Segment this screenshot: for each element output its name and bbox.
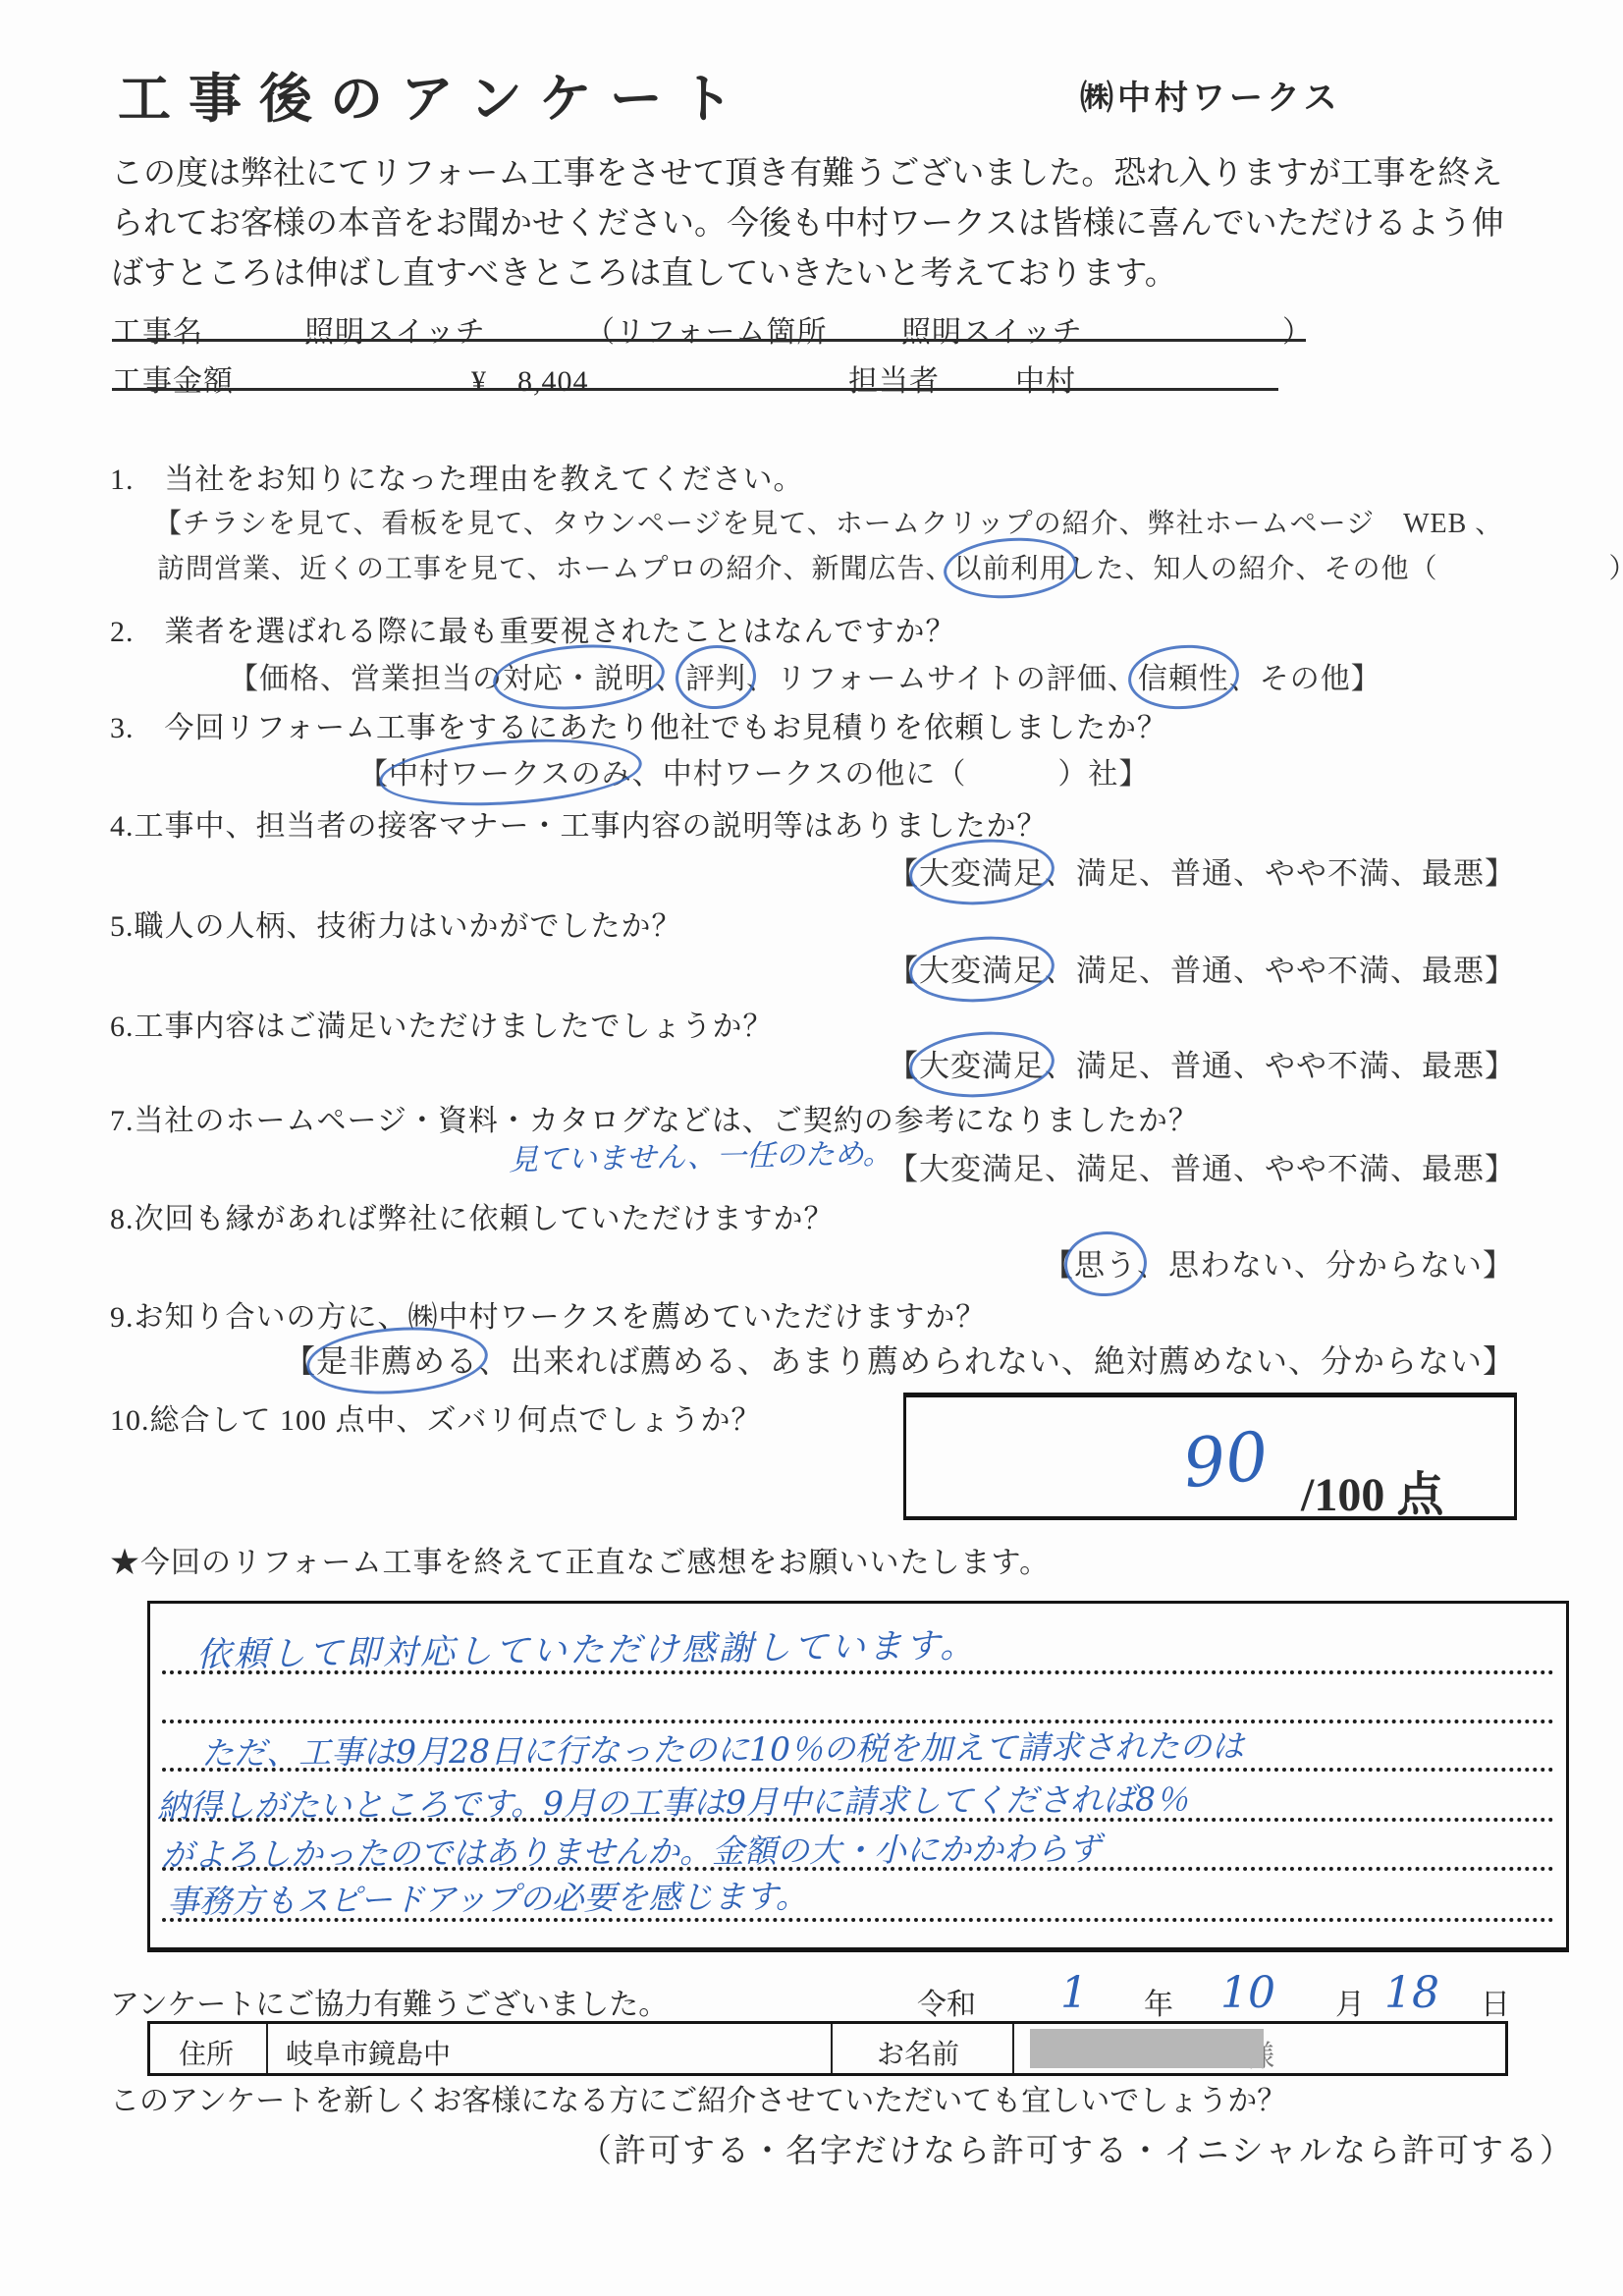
question-6-heading: 6.工事内容はご満足いただけましたでしょうか？ — [110, 1002, 774, 1045]
year-label: 年 — [1144, 1980, 1173, 2023]
options-text: 、満足、普通、やや不満、最悪】 — [1045, 1049, 1516, 1083]
question-10-heading: 10.総合して 100 点中、ズバリ何点でしょうか？ — [110, 1395, 762, 1439]
question-2-options: 【価格、営業担当の対応・説明、評判、リフォームサイトの評価、信頼性、その他】 — [229, 654, 1381, 697]
question-6-options: 【大変満足、満足、普通、やや不満、最悪】 — [888, 1041, 1516, 1085]
circled-answer-will-ask-again: 思う — [1074, 1240, 1137, 1285]
comment-line-2: ただ、工事は9月28日に行なったのに10％の税を加えて請求されたのは — [201, 1721, 1244, 1774]
circled-answer-very-satisfied: 大変満足 — [919, 946, 1045, 990]
options-text: 訪問営業、近くの工事を見て、ホームプロの紹介、新聞広告、 — [157, 554, 953, 584]
feedback-prompt: ★今回のリフォーム工事を終えて正直なご感想をお願いいたします。 — [110, 1538, 1050, 1581]
amount-value: ¥ 8,404 — [471, 356, 589, 400]
question-1-options-line-1: 【チラシを見て、看板を見て、タウンページを見て、ホームクリップの紹介、弊社ホーム… — [154, 502, 1503, 541]
comment-line-3: 納得しがたいところです。9月の工事は9月中に請求してくだされば8％ — [157, 1774, 1188, 1827]
intro-line-2: られてお客様の本音をお聞かせください。今後も中村ワークスは皆様に喜んでいただける… — [111, 197, 1504, 244]
circled-answer-trust: 信頼性 — [1138, 654, 1229, 697]
options-text: 【価格、営業担当の — [229, 663, 503, 695]
options-text: した、知人の紹介、その他（ ）】 — [1067, 554, 1623, 584]
question-8-options: 【思う、思わない、分からない】 — [1043, 1240, 1514, 1285]
circled-answer-nakamura-only: 中村ワークスのみ — [389, 749, 632, 793]
comment-line-4: がよろしかったのではありませんか。金額の大・小にかかわらず — [161, 1824, 1101, 1877]
paren-close: ） — [1282, 307, 1313, 351]
reform-area-value: 照明スイッチ — [901, 307, 1083, 351]
project-name-label: 工事名 — [112, 307, 203, 351]
circled-answer-very-satisfied: 大変満足 — [919, 1041, 1045, 1085]
question-4-options: 【大変満足、満足、普通、やや不満、最悪】 — [888, 848, 1516, 893]
table-divider — [266, 2024, 268, 2073]
survey-page: 工事後のアンケート ㈱中村ワークス この度は弊社にてリフォーム工事をさせて頂き有… — [0, 0, 1623, 2296]
referral-options: （許可する・名字だけなら許可する・イニシャルなら許可する） — [579, 2125, 1574, 2171]
table-divider — [1012, 2024, 1014, 2073]
era-label: 令和 — [917, 1980, 976, 2023]
options-text: 、中村ワークスの他に（ ）社】 — [632, 758, 1150, 791]
options-text: 、出来れば薦める、あまり薦められない、絶対薦めない、分からない】 — [478, 1343, 1515, 1379]
name-redaction-box — [1030, 2029, 1264, 2068]
comment-line-5: 事務方もスピードアップの必要を感じます。 — [167, 1871, 808, 1923]
month-handwritten: 10 — [1220, 1968, 1275, 2018]
question-2-heading: 2. 業者を選ばれる際に最も重要視されたことはなんですか？ — [110, 607, 956, 650]
thanks-text: アンケートにご協力有難うございました。 — [110, 1980, 668, 2023]
feedback-prompt-text: 今回のリフォーム工事を終えて正直なご感想をお願いいたします。 — [140, 1547, 1050, 1579]
question-5-options: 【大変満足、満足、普通、やや不満、最悪】 — [888, 946, 1516, 990]
project-name-value: 照明スイッチ — [304, 307, 486, 351]
options-text: 、その他】 — [1229, 663, 1381, 695]
options-text: 、満足、普通、やや不満、最悪】 — [1045, 954, 1516, 988]
comment-line-1: 依頼して即対応していただけ感謝しています。 — [196, 1618, 978, 1677]
name-label: お名前 — [877, 2033, 959, 2072]
circled-answer-prior-use: 以前利用 — [953, 547, 1067, 586]
address-value: 岐阜市鏡島中 — [286, 2033, 451, 2072]
question-7-options: 【大変満足、満足、普通、やや不満、最悪】 — [888, 1144, 1516, 1188]
circled-answer-reputation: 評判 — [685, 654, 746, 697]
contact-table: 住所 岐阜市鏡島中 お名前 様 — [147, 2021, 1508, 2076]
question-5-heading: 5.職人の人柄、技術力はいかがでしたか？ — [110, 902, 682, 945]
amount-label: 工事金額 — [112, 356, 234, 400]
referral-question: このアンケートを新しくお客様になる方にご紹介させていただいても宜しいでしょうか？ — [110, 2076, 1286, 2119]
intro-line-1: この度は弊社にてリフォーム工事をさせて頂き有難うございました。恐れ入りますが工事… — [111, 147, 1502, 193]
day-label: 日 — [1481, 1980, 1510, 2023]
question-3-heading: 3. 今回リフォーム工事をするにあたり他社でもお見積りを依頼しましたか？ — [110, 703, 1167, 746]
project-row-underline — [112, 339, 1306, 342]
question-4-heading: 4.工事中、担当者の接客マナー・工事内容の説明等はありましたか？ — [110, 801, 1048, 845]
intro-line-3: ばすところは伸ばし直すべきところは直していきたいと考えております。 — [111, 247, 1177, 294]
star-icon: ★ — [110, 1547, 140, 1579]
score-handwritten-value: 90 — [1179, 1418, 1271, 1504]
amount-row-underline — [112, 388, 1278, 391]
score-denominator: /100 点 — [1301, 1456, 1443, 1524]
reform-area-label: （リフォーム箇所 — [585, 307, 828, 351]
year-handwritten: 1 — [1060, 1968, 1088, 2018]
question-9-heading: 9.お知り合いの方に、㈱中村ワークスを薦めていただけますか？ — [110, 1292, 986, 1336]
question-8-heading: 8.次回も縁があれば弊社に依頼していただけますか？ — [110, 1194, 835, 1237]
question-1-heading: 1. 当社をお知りになった理由を教えてください。 — [110, 455, 804, 498]
day-handwritten: 18 — [1384, 1968, 1439, 2018]
month-label: 月 — [1335, 1980, 1365, 2023]
question-1-options-line-2: 訪問営業、近くの工事を見て、ホームプロの紹介、新聞広告、以前利用した、知人の紹介… — [157, 547, 1623, 586]
table-divider — [831, 2024, 833, 2073]
manager-value: 中村 — [1015, 356, 1076, 400]
address-label: 住所 — [179, 2033, 234, 2072]
company-name: ㈱中村ワークス — [1080, 71, 1341, 119]
circled-answer-very-satisfied: 大変満足 — [919, 848, 1045, 893]
question-3-options: 【中村ワークスのみ、中村ワークスの他に（ ）社】 — [358, 749, 1149, 793]
circled-answer-definitely-recommend: 是非薦める — [316, 1337, 478, 1382]
page-title: 工事後のアンケート — [118, 57, 751, 133]
question-7-handwritten-note: 見ていません、一任のため。 — [509, 1129, 893, 1179]
options-text: 、満足、普通、やや不満、最悪】 — [1045, 856, 1516, 891]
options-text: 、思わない、分からない】 — [1137, 1248, 1514, 1283]
circled-answer-response-explanation: 対応・説明 — [503, 654, 655, 697]
manager-label: 担当者 — [848, 356, 940, 400]
options-text: 、リフォームサイトの評価、 — [746, 663, 1138, 695]
question-9-options: 【是非薦める、出来れば薦める、あまり薦められない、絶対薦めない、分からない】 — [284, 1337, 1515, 1382]
